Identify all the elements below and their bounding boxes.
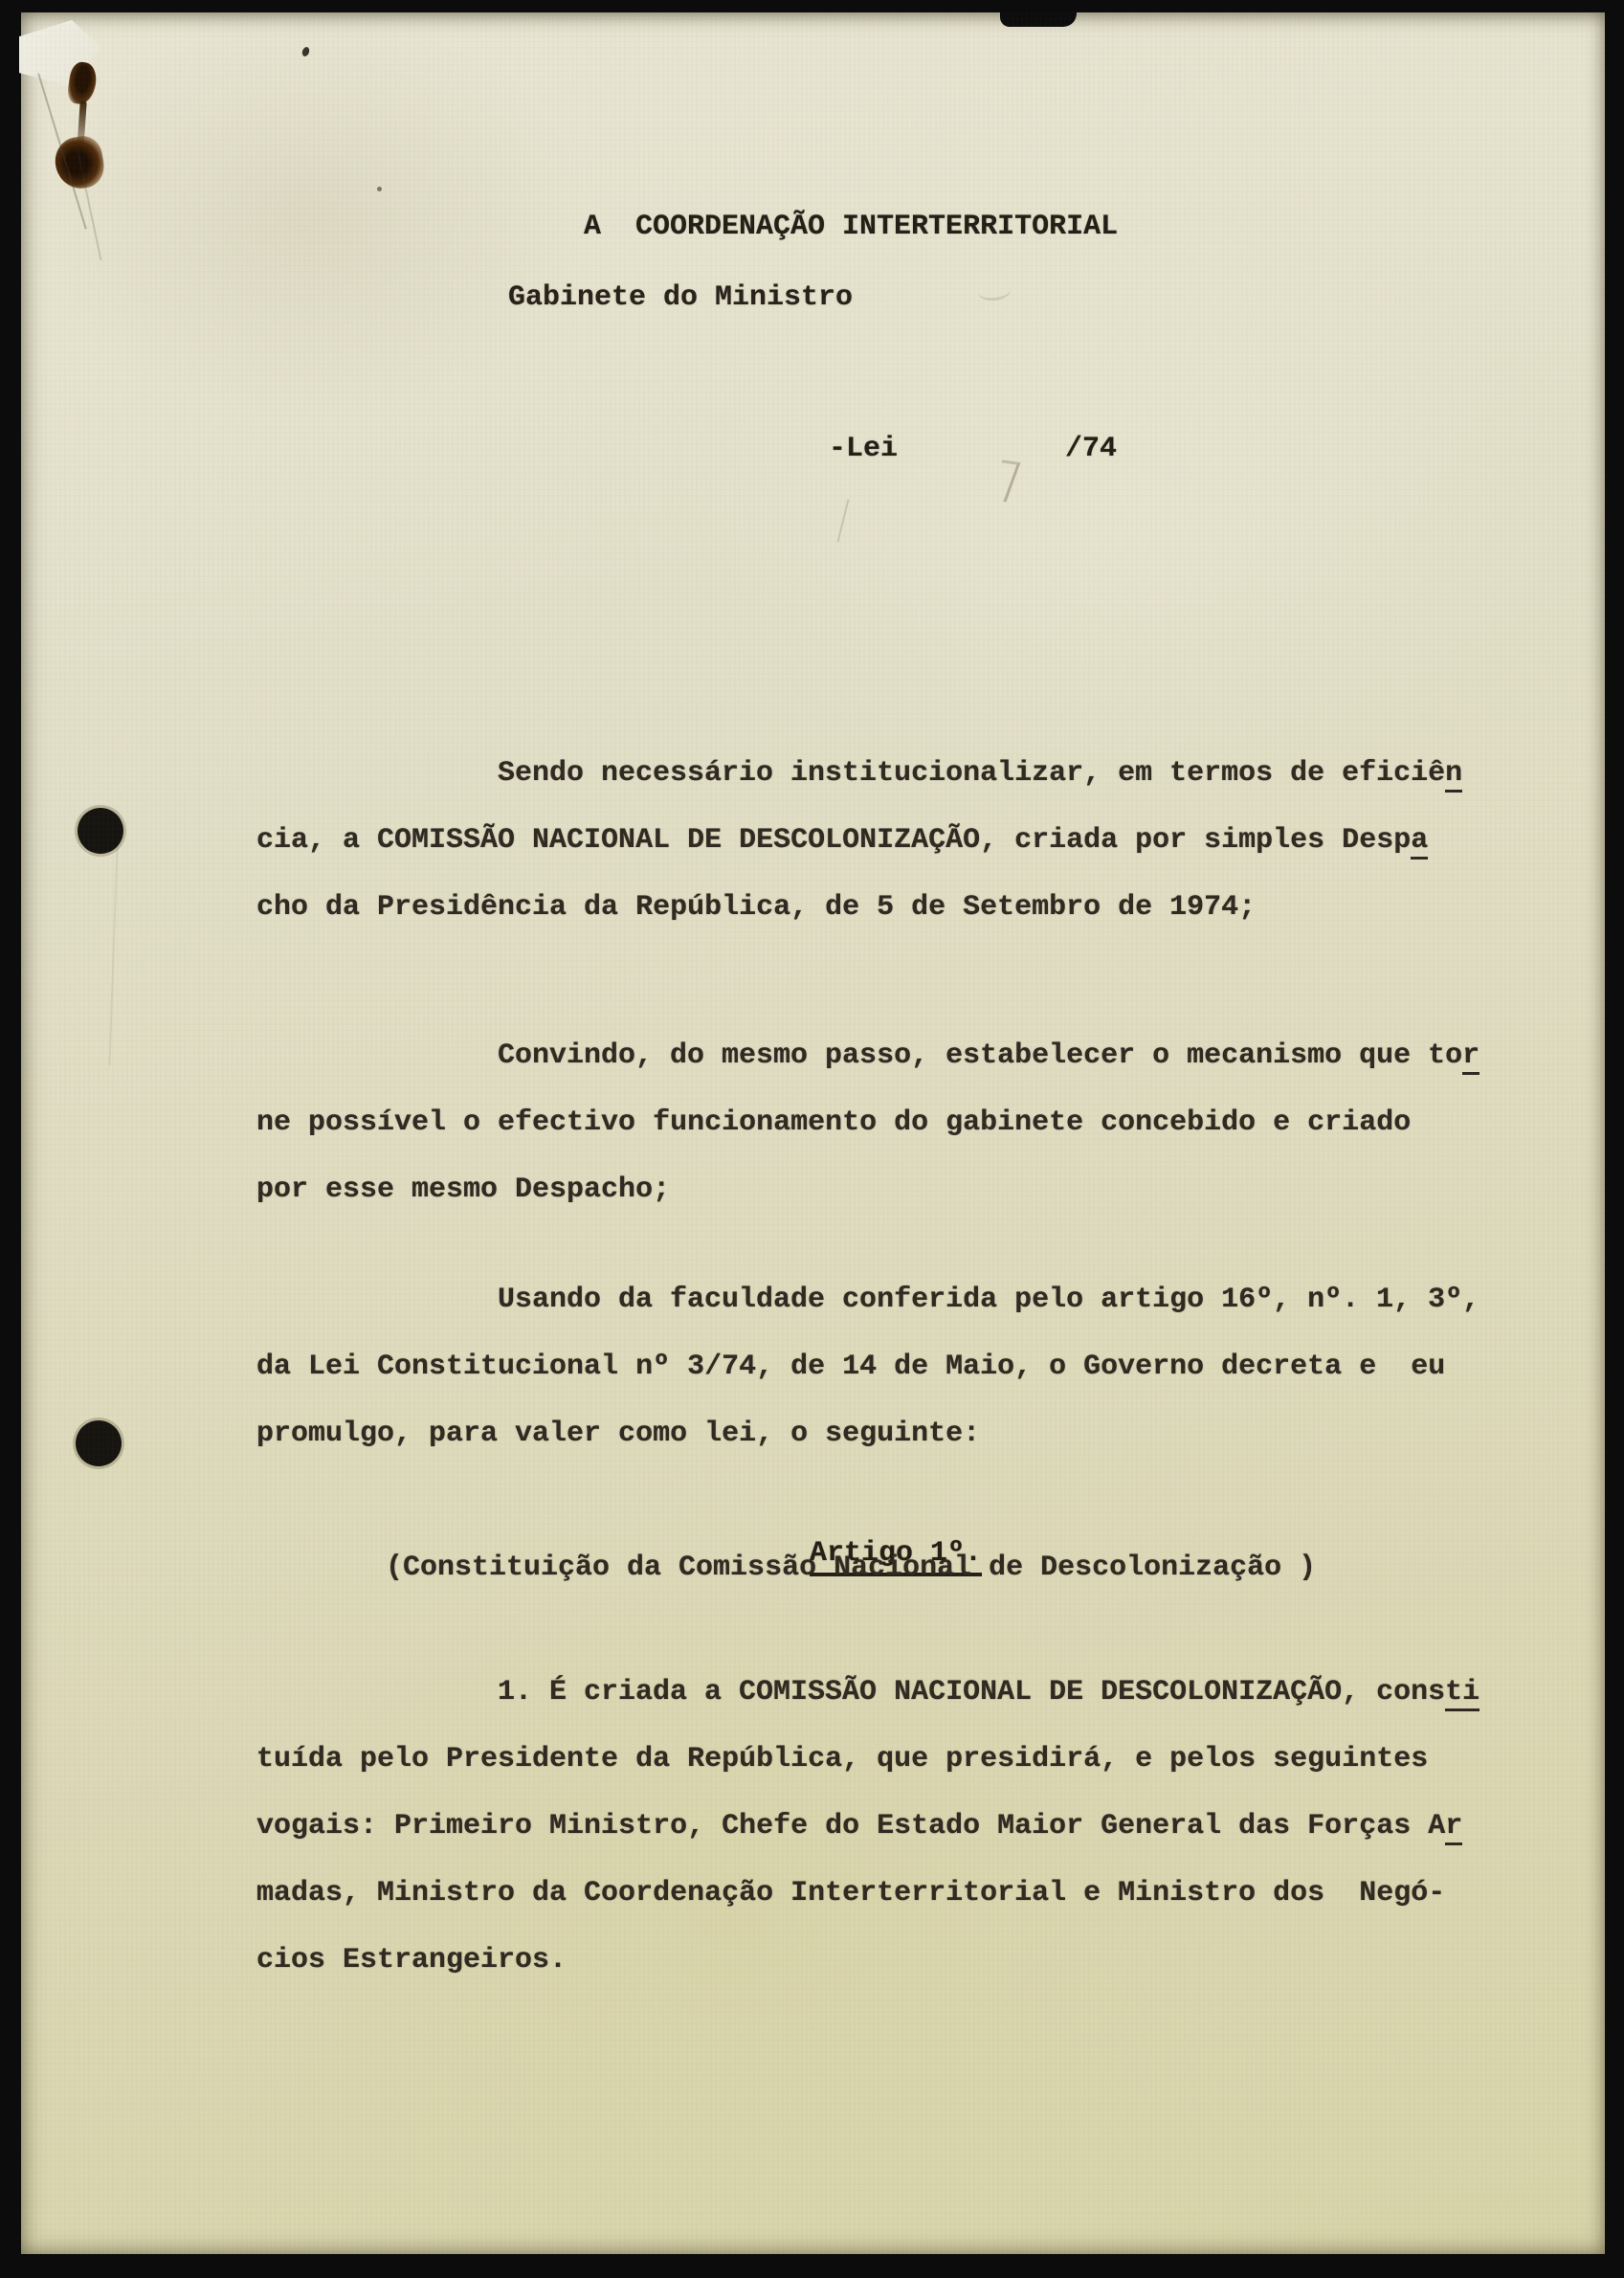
paper-speck: [301, 46, 311, 57]
document-page: A COORDENAÇÃO INTERTERRITORIAL Gabinete …: [21, 12, 1605, 2254]
paragraph-preamble-3: Usando da faculdade conferida pelo artig…: [256, 1266, 1479, 1467]
typewritten-line: ne possível o efectivo funcionamento do …: [256, 1089, 1479, 1156]
typewritten-line: por esse mesmo Despacho;: [256, 1156, 1479, 1223]
paper-speck: [377, 187, 382, 191]
document-title: A COORDENAÇÃO INTERTERRITORIAL: [584, 211, 1118, 243]
typewritten-line: vogais: Primeiro Ministro, Chefe do Esta…: [256, 1793, 1479, 1860]
punch-hole: [76, 1420, 122, 1466]
typewritten-line: Convindo, do mesmo passo, estabelecer o …: [256, 1022, 1479, 1089]
article-heading: Artigo 1º.: [706, 1453, 982, 1520]
typewritten-line: 1. É criada a COMISSÃO NACIONAL DE DESCO…: [256, 1659, 1479, 1726]
typewritten-line: da Lei Constitucional nº 3/74, de 14 de …: [256, 1333, 1479, 1400]
law-number: /74: [1065, 433, 1117, 465]
typewritten-line: tuída pelo Presidente da República, que …: [256, 1726, 1479, 1793]
typewritten-line: Sendo necessário institucionalizar, em t…: [256, 740, 1462, 807]
paragraph-preamble-1: Sendo necessário institucionalizar, em t…: [256, 740, 1462, 941]
typewritten-line: madas, Ministro da Coordenação Interterr…: [256, 1860, 1479, 1927]
scan-background: { "page": { "paper_color": "#dfdcc0", "i…: [0, 0, 1624, 2278]
scan-edge-artifact: [1000, 11, 1077, 27]
law-prefix: -Lei: [829, 433, 898, 465]
law-number-line: -Lei/74: [725, 400, 1117, 498]
paragraph-article1-item1: 1. É criada a COMISSÃO NACIONAL DE DESCO…: [256, 1659, 1479, 1994]
office-subtitle: Gabinete do Ministro: [508, 281, 853, 314]
pencil-mark: [977, 280, 1012, 301]
paragraph-preamble-2: Convindo, do mesmo passo, estabelecer o …: [256, 1022, 1479, 1223]
punch-hole: [78, 808, 123, 854]
typewritten-line: cia, a COMISSÃO NACIONAL DE DESCOLONIZAÇ…: [256, 807, 1462, 874]
typewritten-line: Usando da faculdade conferida pelo artig…: [256, 1266, 1479, 1333]
typewritten-line: cho da Presidência da República, de 5 de…: [256, 874, 1462, 941]
article-subtitle: (Constituição da Comissão Nacional de De…: [386, 1534, 1316, 1601]
crease-mark: [108, 816, 119, 1065]
pencil-mark: [836, 499, 849, 542]
typewritten-line: cios Estrangeiros.: [256, 1927, 1479, 1994]
